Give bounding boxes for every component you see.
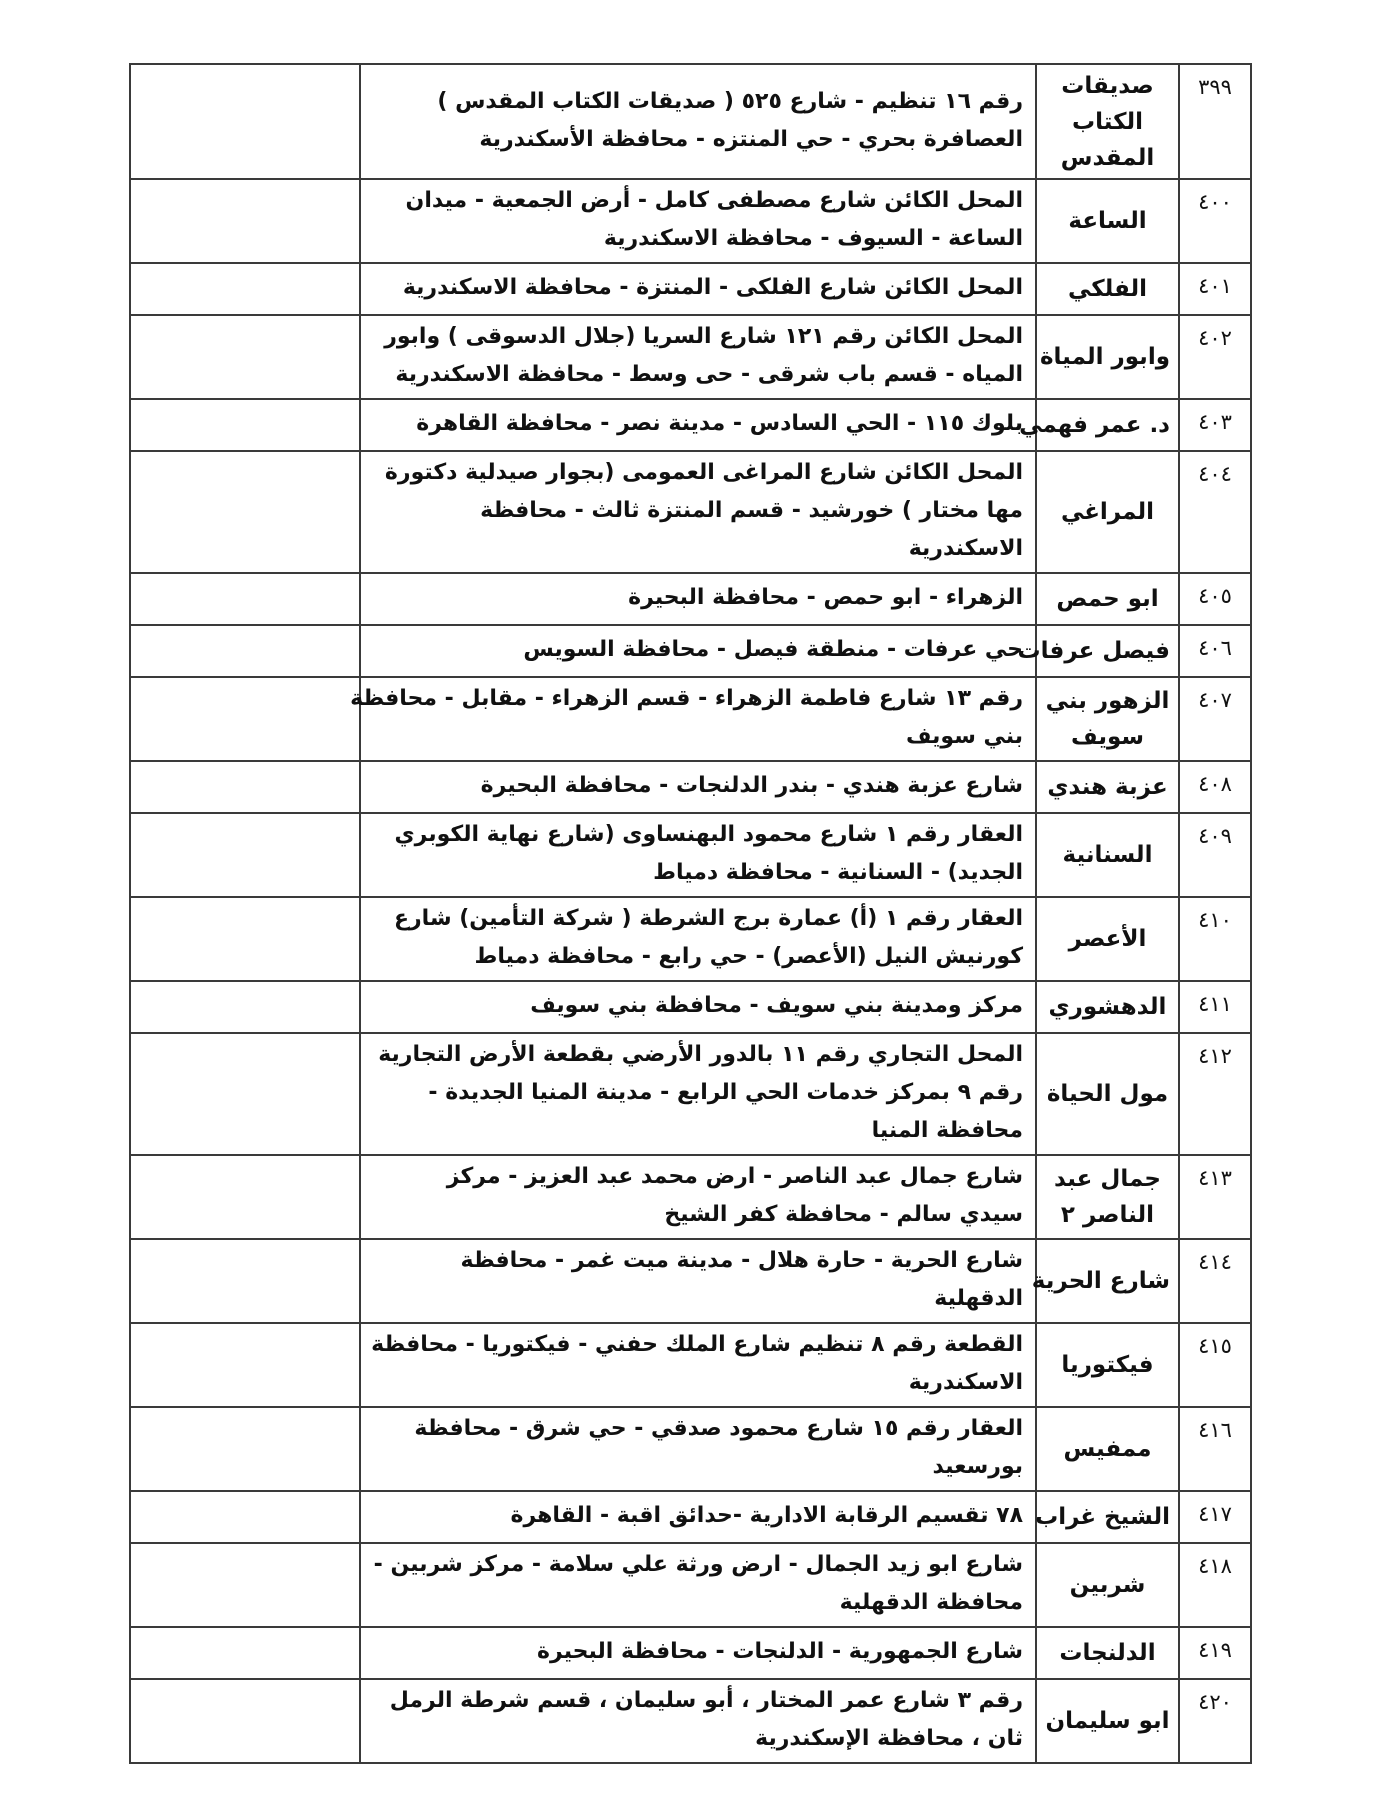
branch-name-cell: شربين bbox=[1036, 1543, 1179, 1627]
branch-name-cell: الساعة bbox=[1036, 179, 1179, 263]
branch-name-line: الدلنجات bbox=[1045, 1635, 1170, 1671]
notes-cell bbox=[130, 761, 360, 813]
branch-name-cell: السنانية bbox=[1036, 813, 1179, 897]
address-line: شارع جمال عبد الناصر - ارض محمد عبد العز… bbox=[373, 1158, 1023, 1196]
branch-name-line: المقدس bbox=[1045, 140, 1170, 176]
table-row: ٤٠٨ عزبة هندي شارع عزبة هندي - بندر الدل… bbox=[130, 761, 1251, 813]
address-line: بورسعيد bbox=[373, 1448, 1023, 1486]
notes-cell bbox=[130, 263, 360, 315]
table-row: ٤١٦ ممفيس العقار رقم ١٥ شارع محمود صدقي … bbox=[130, 1407, 1251, 1491]
address-line: مها مختار ) خورشيد - قسم المنتزة ثالث - … bbox=[373, 492, 1023, 530]
branch-name-line: ابو حمص bbox=[1045, 581, 1170, 617]
branch-name-cell: د. عمر فهمي bbox=[1036, 399, 1179, 451]
notes-cell bbox=[130, 1155, 360, 1239]
table-row: ٤١٤ شارع الحرية شارع الحرية - حارة هلال … bbox=[130, 1239, 1251, 1323]
document-page: ٣٩٩ صديقاتالكتابالمقدس رقم ١٦ تنظيم - شا… bbox=[131, 63, 1252, 1764]
branch-name-line: شربين bbox=[1045, 1567, 1170, 1603]
address-line: رقم ٣ شارع عمر المختار ، أبو سليمان ، قس… bbox=[373, 1682, 1023, 1720]
row-number-cell: ٤١٨ bbox=[1179, 1543, 1251, 1627]
notes-cell bbox=[130, 451, 360, 573]
table-row: ٤١٢ مول الحياة المحل التجاري رقم ١١ بالد… bbox=[130, 1033, 1251, 1155]
branch-name-line: جمال عبد bbox=[1045, 1161, 1170, 1197]
address-cell: بلوك ١١٥ - الحي السادس - مدينة نصر - محا… bbox=[360, 399, 1036, 451]
address-cell: العقار رقم ١ (أ) عمارة برج الشرطة ( شركة… bbox=[360, 897, 1036, 981]
address-line: بلوك ١١٥ - الحي السادس - مدينة نصر - محا… bbox=[373, 405, 1023, 443]
address-line: المحل الكائن شارع مصطفى كامل - أرض الجمع… bbox=[373, 182, 1023, 220]
branch-name-cell: الفلكي bbox=[1036, 263, 1179, 315]
row-number-cell: ٤١٤ bbox=[1179, 1239, 1251, 1323]
address-line: مركز ومدينة بني سويف - محافظة بني سويف bbox=[373, 987, 1023, 1025]
row-number-cell: ٣٩٩ bbox=[1179, 64, 1251, 179]
address-line: العصافرة بحري - حي المنتزه - محافظة الأس… bbox=[373, 121, 1023, 159]
notes-cell bbox=[130, 1323, 360, 1407]
row-number-cell: ٤١٦ bbox=[1179, 1407, 1251, 1491]
address-cell: القطعة رقم ٨ تنظيم شارع الملك حفني - فيك… bbox=[360, 1323, 1036, 1407]
branch-name-cell: وابور المياة bbox=[1036, 315, 1179, 399]
address-line: محافظة المنيا bbox=[373, 1112, 1023, 1150]
address-cell: شارع جمال عبد الناصر - ارض محمد عبد العز… bbox=[360, 1155, 1036, 1239]
table-row: ٤١٨ شربين شارع ابو زيد الجمال - ارض ورثة… bbox=[130, 1543, 1251, 1627]
address-line: شارع الحرية - حارة هلال - مدينة ميت غمر … bbox=[373, 1242, 1023, 1280]
branch-name-line: الساعة bbox=[1045, 203, 1170, 239]
address-cell: رقم ١٣ شارع فاطمة الزهراء - قسم الزهراء … bbox=[360, 677, 1036, 761]
address-cell: شارع ابو زيد الجمال - ارض ورثة علي سلامة… bbox=[360, 1543, 1036, 1627]
address-cell: العقار رقم ١ شارع محمود البهنساوى (شارع … bbox=[360, 813, 1036, 897]
table-row: ٤١٧ الشيخ غراب ٧٨ تقسيم الرقابة الادارية… bbox=[130, 1491, 1251, 1543]
address-line: سيدي سالم - محافظة كفر الشيخ bbox=[373, 1196, 1023, 1234]
row-number-cell: ٤١٧ bbox=[1179, 1491, 1251, 1543]
notes-cell bbox=[130, 179, 360, 263]
table-row: ٤٠٤ المراغي المحل الكائن شارع المراغى ال… bbox=[130, 451, 1251, 573]
address-line: كورنيش النيل (الأعصر) - حي رابع - محافظة… bbox=[373, 938, 1023, 976]
notes-cell bbox=[130, 64, 360, 179]
row-number-cell: ٤١٩ bbox=[1179, 1627, 1251, 1679]
table-row: ٤١١ الدهشوري مركز ومدينة بني سويف - محاف… bbox=[130, 981, 1251, 1033]
branch-name-line: الفلكي bbox=[1045, 271, 1170, 307]
address-cell: ٧٨ تقسيم الرقابة الادارية -حدائق اقبة - … bbox=[360, 1491, 1036, 1543]
address-cell: شارع عزبة هندي - بندر الدلنجات - محافظة … bbox=[360, 761, 1036, 813]
notes-cell bbox=[130, 1543, 360, 1627]
table-row: ٤٠٩ السنانية العقار رقم ١ شارع محمود الب… bbox=[130, 813, 1251, 897]
branch-name-line: شارع الحرية bbox=[1045, 1263, 1170, 1299]
branch-name-line: الكتاب bbox=[1045, 104, 1170, 140]
address-cell: رقم ٣ شارع عمر المختار ، أبو سليمان ، قس… bbox=[360, 1679, 1036, 1763]
branch-name-cell: الدهشوري bbox=[1036, 981, 1179, 1033]
table-row: ٤١٣ جمال عبدالناصر ٢ شارع جمال عبد الناص… bbox=[130, 1155, 1251, 1239]
row-number-cell: ٤٠٧ bbox=[1179, 677, 1251, 761]
notes-cell bbox=[130, 573, 360, 625]
branch-name-cell: شارع الحرية bbox=[1036, 1239, 1179, 1323]
branch-name-cell: ممفيس bbox=[1036, 1407, 1179, 1491]
table-row: ٤١٠ الأعصر العقار رقم ١ (أ) عمارة برج ال… bbox=[130, 897, 1251, 981]
notes-cell bbox=[130, 315, 360, 399]
row-number-cell: ٤٠١ bbox=[1179, 263, 1251, 315]
address-cell: الزهراء - ابو حمص - محافظة البحيرة bbox=[360, 573, 1036, 625]
branch-name-cell: الدلنجات bbox=[1036, 1627, 1179, 1679]
table-row: ٤٠٦ فيصل عرفات حي عرفات - منطقة فيصل - م… bbox=[130, 625, 1251, 677]
notes-cell bbox=[130, 1679, 360, 1763]
table-row: ٤٠٥ ابو حمص الزهراء - ابو حمص - محافظة ا… bbox=[130, 573, 1251, 625]
address-line: ٧٨ تقسيم الرقابة الادارية -حدائق اقبة - … bbox=[373, 1497, 1023, 1535]
address-line: العقار رقم ١ (أ) عمارة برج الشرطة ( شركة… bbox=[373, 900, 1023, 938]
row-number-cell: ٤٠٦ bbox=[1179, 625, 1251, 677]
branch-name-line: مول الحياة bbox=[1045, 1076, 1170, 1112]
address-cell: المحل الكائن شارع الفلكى - المنتزة - محا… bbox=[360, 263, 1036, 315]
branch-name-line: المراغي bbox=[1045, 494, 1170, 530]
address-cell: مركز ومدينة بني سويف - محافظة بني سويف bbox=[360, 981, 1036, 1033]
address-line: المحل الكائن شارع الفلكى - المنتزة - محا… bbox=[373, 269, 1023, 307]
table-row: ٤٠١ الفلكي المحل الكائن شارع الفلكى - ال… bbox=[130, 263, 1251, 315]
branch-name-line: الدهشوري bbox=[1045, 989, 1170, 1025]
row-number-cell: ٤٠٥ bbox=[1179, 573, 1251, 625]
branch-name-line: صديقات bbox=[1045, 68, 1170, 104]
row-number-cell: ٤٠٨ bbox=[1179, 761, 1251, 813]
branch-name-line: ممفيس bbox=[1045, 1431, 1170, 1467]
notes-cell bbox=[130, 677, 360, 761]
address-line: شارع ابو زيد الجمال - ارض ورثة علي سلامة… bbox=[373, 1546, 1023, 1584]
address-cell: المحل الكائن شارع مصطفى كامل - أرض الجمع… bbox=[360, 179, 1036, 263]
notes-cell bbox=[130, 1491, 360, 1543]
notes-cell bbox=[130, 399, 360, 451]
address-line: ثان ، محافظة الإسكندرية bbox=[373, 1720, 1023, 1758]
row-number-cell: ٤١٥ bbox=[1179, 1323, 1251, 1407]
address-line: الجديد) - السنانية - محافظة دمياط bbox=[373, 854, 1023, 892]
branch-name-line: الزهور بني bbox=[1045, 683, 1170, 719]
address-cell: شارع الحرية - حارة هلال - مدينة ميت غمر … bbox=[360, 1239, 1036, 1323]
address-line: الاسكندرية bbox=[373, 530, 1023, 568]
row-number-cell: ٤٠٤ bbox=[1179, 451, 1251, 573]
branch-name-line: الناصر ٢ bbox=[1045, 1197, 1170, 1233]
branch-name-cell: جمال عبدالناصر ٢ bbox=[1036, 1155, 1179, 1239]
address-line: حي عرفات - منطقة فيصل - محافظة السويس bbox=[373, 631, 1023, 669]
table-row: ٤٠٧ الزهور بنيسويف رقم ١٣ شارع فاطمة الز… bbox=[130, 677, 1251, 761]
address-line: المحل الكائن رقم ١٢١ شارع السريا (جلال ا… bbox=[373, 318, 1023, 356]
table-row: ٤٠٣ د. عمر فهمي بلوك ١١٥ - الحي السادس -… bbox=[130, 399, 1251, 451]
branch-name-line: فيكتوريا bbox=[1045, 1347, 1170, 1383]
notes-cell bbox=[130, 813, 360, 897]
branch-name-cell: الأعصر bbox=[1036, 897, 1179, 981]
notes-cell bbox=[130, 1033, 360, 1155]
row-number-cell: ٤٠٠ bbox=[1179, 179, 1251, 263]
address-line: القطعة رقم ٨ تنظيم شارع الملك حفني - فيك… bbox=[373, 1326, 1023, 1364]
address-line: محافظة الدقهلية bbox=[373, 1584, 1023, 1622]
branch-name-line: الأعصر bbox=[1045, 921, 1170, 957]
branch-name-cell: عزبة هندي bbox=[1036, 761, 1179, 813]
notes-cell bbox=[130, 625, 360, 677]
branch-name-cell: فيصل عرفات bbox=[1036, 625, 1179, 677]
notes-cell bbox=[130, 981, 360, 1033]
branch-name-line: عزبة هندي bbox=[1045, 769, 1170, 805]
address-cell: رقم ١٦ تنظيم - شارع ٥٢٥ ( صديقات الكتاب … bbox=[360, 64, 1036, 179]
branch-name-line: ابو سليمان bbox=[1045, 1703, 1170, 1739]
branch-name-cell: المراغي bbox=[1036, 451, 1179, 573]
address-line: الدقهلية bbox=[373, 1280, 1023, 1318]
row-number-cell: ٤٠٢ bbox=[1179, 315, 1251, 399]
address-cell: المحل الكائن رقم ١٢١ شارع السريا (جلال ا… bbox=[360, 315, 1036, 399]
address-line: رقم ٩ بمركز خدمات الحي الرابع - مدينة ال… bbox=[373, 1074, 1023, 1112]
address-line: شارع الجمهورية - الدلنجات - محافظة البحي… bbox=[373, 1633, 1023, 1671]
branch-name-cell: صديقاتالكتابالمقدس bbox=[1036, 64, 1179, 179]
row-number-cell: ٤٠٣ bbox=[1179, 399, 1251, 451]
row-number-cell: ٤١٢ bbox=[1179, 1033, 1251, 1155]
branch-name-line: السنانية bbox=[1045, 837, 1170, 873]
branch-name-cell: ابو سليمان bbox=[1036, 1679, 1179, 1763]
branch-name-line: الشيخ غراب bbox=[1045, 1499, 1170, 1535]
table-row: ٤١٩ الدلنجات شارع الجمهورية - الدلنجات -… bbox=[130, 1627, 1251, 1679]
address-line: الساعة - السيوف - محافظة الاسكندرية bbox=[373, 220, 1023, 258]
address-line: العقار رقم ١ شارع محمود البهنساوى (شارع … bbox=[373, 816, 1023, 854]
table-row: ٤٠٢ وابور المياة المحل الكائن رقم ١٢١ شا… bbox=[130, 315, 1251, 399]
address-cell: المحل التجاري رقم ١١ بالدور الأرضي بقطعة… bbox=[360, 1033, 1036, 1155]
row-number-cell: ٤٢٠ bbox=[1179, 1679, 1251, 1763]
table-body: ٣٩٩ صديقاتالكتابالمقدس رقم ١٦ تنظيم - شا… bbox=[130, 64, 1251, 1763]
notes-cell bbox=[130, 1627, 360, 1679]
branches-table: ٣٩٩ صديقاتالكتابالمقدس رقم ١٦ تنظيم - شا… bbox=[129, 63, 1252, 1764]
branch-name-cell: فيكتوريا bbox=[1036, 1323, 1179, 1407]
table-row: ٤٢٠ ابو سليمان رقم ٣ شارع عمر المختار ، … bbox=[130, 1679, 1251, 1763]
branch-name-cell: ابو حمص bbox=[1036, 573, 1179, 625]
notes-cell bbox=[130, 1407, 360, 1491]
branch-name-line: فيصل عرفات bbox=[1045, 633, 1170, 669]
address-line: الاسكندرية bbox=[373, 1364, 1023, 1402]
notes-cell bbox=[130, 1239, 360, 1323]
row-number-cell: ٤١١ bbox=[1179, 981, 1251, 1033]
row-number-cell: ٤٠٩ bbox=[1179, 813, 1251, 897]
address-line: رقم ١٦ تنظيم - شارع ٥٢٥ ( صديقات الكتاب … bbox=[373, 83, 1023, 121]
branch-name-line: سويف bbox=[1045, 719, 1170, 755]
notes-cell bbox=[130, 897, 360, 981]
address-line: المحل الكائن شارع المراغى العمومى (بجوار… bbox=[373, 454, 1023, 492]
address-cell: المحل الكائن شارع المراغى العمومى (بجوار… bbox=[360, 451, 1036, 573]
branch-name-line: د. عمر فهمي bbox=[1045, 407, 1170, 443]
table-row: ٣٩٩ صديقاتالكتابالمقدس رقم ١٦ تنظيم - شا… bbox=[130, 64, 1251, 179]
address-line: الزهراء - ابو حمص - محافظة البحيرة bbox=[373, 579, 1023, 617]
table-row: ٤١٥ فيكتوريا القطعة رقم ٨ تنظيم شارع الم… bbox=[130, 1323, 1251, 1407]
branch-name-cell: الزهور بنيسويف bbox=[1036, 677, 1179, 761]
branch-name-line: وابور المياة bbox=[1045, 339, 1170, 375]
branch-name-cell: الشيخ غراب bbox=[1036, 1491, 1179, 1543]
address-cell: حي عرفات - منطقة فيصل - محافظة السويس bbox=[360, 625, 1036, 677]
address-line: المياه - قسم باب شرقى - حى وسط - محافظة … bbox=[373, 356, 1023, 394]
address-line: العقار رقم ١٥ شارع محمود صدقي - حي شرق -… bbox=[373, 1410, 1023, 1448]
row-number-cell: ٤١٣ bbox=[1179, 1155, 1251, 1239]
address-line: شارع عزبة هندي - بندر الدلنجات - محافظة … bbox=[373, 767, 1023, 805]
address-cell: العقار رقم ١٥ شارع محمود صدقي - حي شرق -… bbox=[360, 1407, 1036, 1491]
branch-name-cell: مول الحياة bbox=[1036, 1033, 1179, 1155]
address-line: رقم ١٣ شارع فاطمة الزهراء - قسم الزهراء … bbox=[373, 680, 1023, 718]
address-line: بني سويف bbox=[373, 718, 1023, 756]
row-number-cell: ٤١٠ bbox=[1179, 897, 1251, 981]
address-cell: شارع الجمهورية - الدلنجات - محافظة البحي… bbox=[360, 1627, 1036, 1679]
table-row: ٤٠٠ الساعة المحل الكائن شارع مصطفى كامل … bbox=[130, 179, 1251, 263]
address-line: المحل التجاري رقم ١١ بالدور الأرضي بقطعة… bbox=[373, 1036, 1023, 1074]
